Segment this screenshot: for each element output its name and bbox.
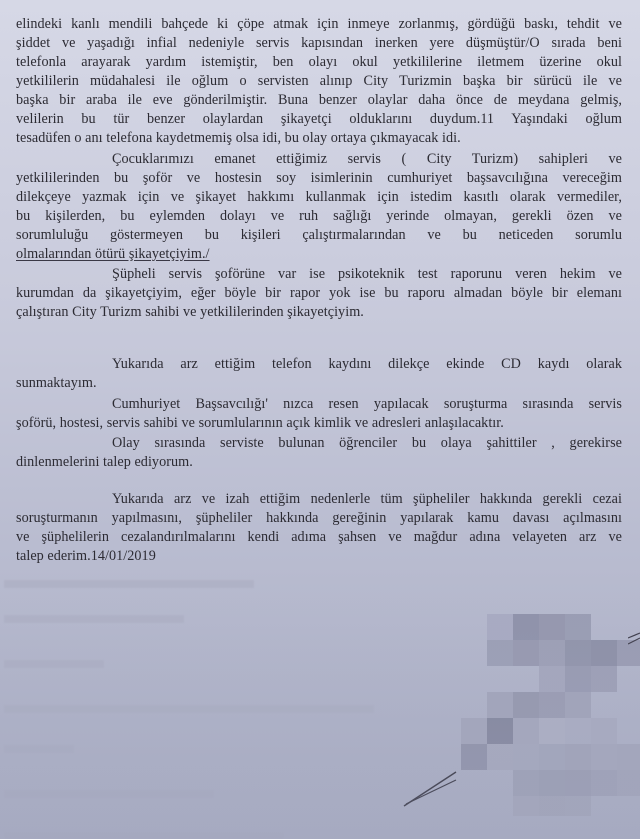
text-line: telefonla arayarak yardım istemiştir, be… bbox=[16, 53, 622, 71]
signature-stroke-icon bbox=[628, 632, 640, 648]
text-line: bu kişilerden, bu eylemden dolayı ve ruh… bbox=[16, 207, 622, 225]
text-line: Cumhuriyet Başsavcılığı' nızca resen yap… bbox=[16, 395, 622, 413]
document-page: elindeki kanlı mendili bahçede ki çöpe a… bbox=[0, 0, 640, 839]
text-line: Çocuklarımızı emanet ettiğimiz servis ( … bbox=[16, 150, 622, 168]
signature-stroke-icon bbox=[400, 760, 470, 810]
text-line: yetkililerinden bu şoför ve hostesin soy… bbox=[16, 169, 622, 187]
text-line: tesadüfen o anı telefona kaydetmemiş ols… bbox=[16, 129, 622, 147]
text-line: velilerin bu tür benzer olaylardan şikay… bbox=[16, 110, 622, 128]
bleed-through-text bbox=[4, 790, 214, 798]
bleed-through-text bbox=[4, 832, 284, 839]
text-line: elindeki kanlı mendili bahçede ki çöpe a… bbox=[16, 15, 622, 33]
text-line: soruşturmanın yapılmasını, şüpheliler ha… bbox=[16, 509, 622, 527]
text-line: şoförü, hostesi, servis sahibi ve soruml… bbox=[16, 414, 622, 432]
text-line: Yukarıda arz ve izah ettiğim nedenlerle … bbox=[16, 490, 622, 508]
text-line: dilekçeye yazmak için ve şikayet hakkımı… bbox=[16, 188, 622, 206]
text-line: kurumdan da şikayetçiyim, eğer böyle bir… bbox=[16, 284, 622, 302]
text-line: Olay sırasında serviste bulunan öğrencil… bbox=[16, 434, 622, 452]
text-line: şiddet ve yaşadığı infial nedeniyle serv… bbox=[16, 34, 622, 52]
text-line: yetkililerin müdahalesi ile oğlum o serv… bbox=[16, 72, 622, 90]
text-line: sunmaktayım. bbox=[16, 374, 622, 392]
text-line: dinlenmelerini talep ediyorum. bbox=[16, 453, 622, 471]
bleed-through-text bbox=[4, 705, 374, 713]
bleed-through-text bbox=[4, 660, 104, 668]
text-line: talep ederim.14/01/2019 bbox=[16, 547, 622, 565]
text-line: başka bir araba ile eve gönderilmiştir. … bbox=[16, 91, 622, 109]
bleed-through-text bbox=[4, 745, 74, 753]
text-line: sorumluluğu göstermeyen bu kişileri çalı… bbox=[16, 226, 622, 244]
text-line: Yukarıda arz ettiğim telefon kaydını dil… bbox=[16, 355, 622, 373]
text-line: ve şüphelilerin cezalandırılmalarını ken… bbox=[16, 528, 622, 546]
bleed-through-text bbox=[4, 580, 254, 588]
text-line: olmalarından ötürü şikayetçiyim./ bbox=[16, 245, 622, 263]
text-line: Şüpheli servis şoförüne var ise psikotek… bbox=[16, 265, 622, 283]
text-line: çalıştıran City Turizm sahibi ve yetkili… bbox=[16, 303, 622, 321]
bleed-through-text bbox=[4, 615, 184, 623]
